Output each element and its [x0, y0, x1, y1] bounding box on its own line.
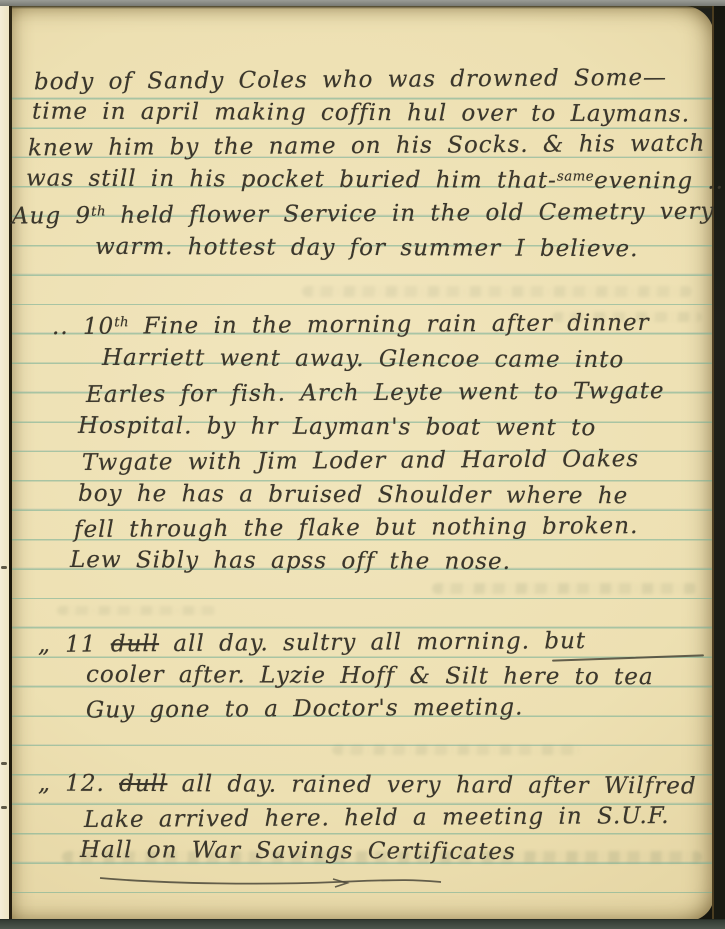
handwritten-line: warm. hottest day for summer I believe. [95, 235, 639, 263]
handwritten-text: Harriett went away. Glencoe came into [102, 345, 624, 373]
handwritten-line: Twgate with Jim Loder and Harold Oakes [82, 447, 639, 476]
handwritten-text: time in april making coffin hul over to … [32, 99, 690, 128]
handwritten-text: „ 11 [38, 631, 111, 658]
handwritten-text: held flower Service in the old Cemetry v… [106, 199, 715, 229]
handwritten-line: time in april making coffin hul over to … [32, 100, 690, 128]
handwritten-sup: th [114, 315, 129, 330]
handwritten-text: evening .. [594, 168, 724, 195]
handwritten-line: Lake arrived here. held a meeting in S.U… [84, 804, 670, 833]
handwritten-strike: dull [119, 771, 167, 797]
handwritten-line: fell through the flake but nothing broke… [74, 514, 639, 543]
handwritten-line: Hospital. by hr Layman's boat went to [78, 414, 596, 442]
flourish-stroke [97, 872, 447, 890]
handwritten-line: Guy gone to a Doctor's meeting. [86, 695, 524, 723]
handwritten-line: Lew Sibly has apss off the nose. [70, 548, 511, 575]
handwritten-line: Hall on War Savings Certificates [80, 838, 516, 865]
handwritten-text: all day. sultry all morning. but [159, 628, 586, 657]
handwritten-line: cooler after. Lyzie Hoff & Silt here to … [86, 663, 654, 691]
handwritten-sup: th [91, 204, 106, 219]
handwritten-text: body of Sandy Coles who was drowned Some… [34, 65, 667, 95]
handwritten-text: Lew Sibly has apss off the nose. [70, 547, 511, 575]
handwritten-line: „ 12. dull all day. rained very hard aft… [38, 772, 697, 800]
handwritten-text: „ 12. [38, 771, 119, 797]
handwritten-text: Hall on War Savings Certificates [80, 837, 516, 865]
handwritten-text: cooler after. Lyzie Hoff & Silt here to … [86, 662, 654, 690]
handwritten-line: knew him by the name on his Socks. & his… [28, 132, 706, 162]
handwritten-text: warm. hottest day for summer I believe. [95, 234, 639, 262]
handwritten-line: .. 10th Fine in the morning rain after d… [52, 311, 650, 340]
handwritten-line: „ 11 dull all day. sultry all morning. b… [38, 629, 586, 658]
handwritten-line: was still in his pocket buried him that-… [26, 166, 724, 194]
handwritten-text: .. 10 [52, 314, 114, 340]
handwritten-line: boy he has a bruised Shoulder where he [78, 482, 628, 510]
handwritten-text: knew him by the name on his Socks. & his… [28, 131, 706, 162]
handwritten-line: Aug 9th held flower Service in the old C… [12, 200, 715, 230]
handwritten-sup: same [557, 169, 594, 184]
handwriting-layer: body of Sandy Coles who was drowned Some… [0, 0, 725, 929]
handwritten-text: Lake arrived here. held a meeting in S.U… [84, 803, 670, 833]
handwritten-line: Earles for fish. Arch Leyte went to Twga… [86, 379, 665, 408]
handwritten-text: fell through the flake but nothing broke… [74, 513, 639, 543]
handwritten-text: was still in his pocket buried him that- [26, 165, 557, 193]
handwritten-text: Hospital. by hr Layman's boat went to [78, 413, 596, 441]
handwritten-text: Twgate with Jim Loder and Harold Oakes [82, 446, 639, 476]
handwritten-line: body of Sandy Coles who was drowned Some… [34, 66, 667, 96]
handwritten-text: Aug 9 [12, 203, 91, 230]
handwritten-strike: dull [111, 631, 159, 657]
handwritten-text: boy he has a bruised Shoulder where he [78, 481, 628, 509]
diary-photo: body of Sandy Coles who was drowned Some… [0, 0, 725, 929]
handwritten-text: all day. rained very hard after Wilfred [167, 771, 696, 799]
handwritten-line: Harriett went away. Glencoe came into [102, 346, 624, 374]
handwritten-text: Guy gone to a Doctor's meeting. [86, 694, 524, 723]
handwritten-text: Fine in the morning rain after dinner [129, 310, 650, 340]
pen-stroke [552, 654, 704, 661]
background-bottom-edge [0, 919, 725, 929]
handwritten-text: Earles for fish. Arch Leyte went to Twga… [86, 378, 665, 408]
